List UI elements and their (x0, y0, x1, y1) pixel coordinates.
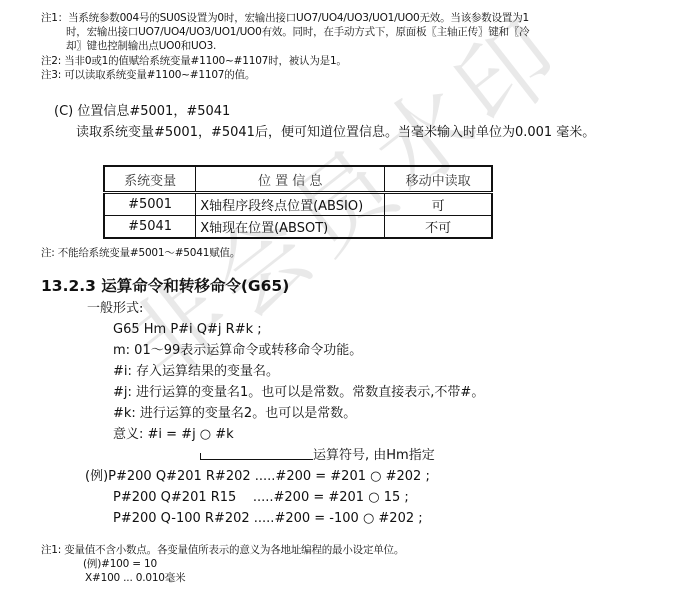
general-form-label: 一般形式: (87, 300, 143, 317)
position-info-table: 系统变量 位 置 信 息 移动中读取 #5001 X轴程序段终点位置(ABSIO… (103, 165, 493, 239)
cell-position-info: X轴程序段终点位置(ABSIO) (196, 193, 385, 216)
bottom-example-line-1: (例)#100 = 10 (83, 557, 157, 571)
table-row: #5001 X轴程序段终点位置(ABSIO) 可 (104, 193, 492, 216)
operator-note: 运算符号, 由Hm指定 (313, 447, 435, 464)
cell-readable: 可 (385, 193, 492, 216)
meaning-formula: 意义: #i = #j ○ #k (113, 426, 234, 443)
note-3: 注3: 可以读取系统变量#1100~#1107的值。 (41, 68, 255, 82)
note-1-line-2: 时，宏输出接口UO7/UO4/UO3/UO1/UO0有效。同时，在手动方式下，原… (66, 25, 529, 39)
example-line-3: P#200 Q-100 R#202 .....#200 = -100 ○ #20… (113, 510, 423, 527)
j-description: #j: 进行运算的变量名1。也可以是常数。常数直接表示,不带#。 (113, 384, 484, 401)
m-description: m: 01～99表示运算命令或转移命令功能。 (113, 342, 362, 359)
cell-position-info: X轴现在位置(ABSOT) (196, 216, 385, 239)
cell-variable: #5001 (104, 193, 196, 216)
section-g65-heading: 13.2.3 运算命令和转移命令(G65) (41, 276, 289, 296)
table-row: #5041 X轴现在位置(ABSOT) 不可 (104, 216, 492, 239)
note-1-line-3: 却〗键也控制输出点UO0和UO3. (66, 39, 216, 53)
k-description: #k: 进行运算的变量名2。也可以是常数。 (113, 405, 356, 422)
table-note: 注: 不能给系统变量#5001～#5041赋值。 (41, 246, 240, 260)
bottom-example-line-2: X#100 ... 0.010毫米 (85, 571, 185, 585)
example-line-1: (例)P#200 Q#201 R#202 .....#200 = #201 ○ … (85, 468, 430, 485)
section-c-description: 读取系统变量#5001，#5041后，便可知道位置信息。当毫米输入时单位为0.0… (76, 124, 595, 141)
header-read-while-moving: 移动中读取 (385, 166, 492, 193)
header-system-variable: 系统变量 (104, 166, 196, 193)
cell-variable: #5041 (104, 216, 196, 239)
cell-readable: 不可 (385, 216, 492, 239)
example-line-2: P#200 Q#201 R15 .....#200 = #201 ○ 15 ; (113, 489, 409, 506)
section-c-heading: (C) 位置信息#5001，#5041 (54, 103, 230, 120)
operator-pointer-line (200, 453, 313, 460)
bottom-note-1: 注1: 变量值不含小数点。各变量值所表示的意义为各地址编程的最小设定单位。 (41, 543, 404, 557)
g65-syntax: G65 Hm P#i Q#j R#k ; (113, 321, 262, 338)
note-2: 注2: 当非0或1的值赋给系统变量#1100~#1107时，被认为是1。 (41, 54, 347, 68)
header-position-info: 位 置 信 息 (196, 166, 385, 193)
i-description: #i: 存入运算结果的变量名。 (113, 363, 279, 380)
table-header-row: 系统变量 位 置 信 息 移动中读取 (104, 166, 492, 193)
note-1-line-1: 注1：当系统参数004号的SU0S设置为0时，宏输出接口UO7/UO4/UO3/… (41, 11, 529, 25)
